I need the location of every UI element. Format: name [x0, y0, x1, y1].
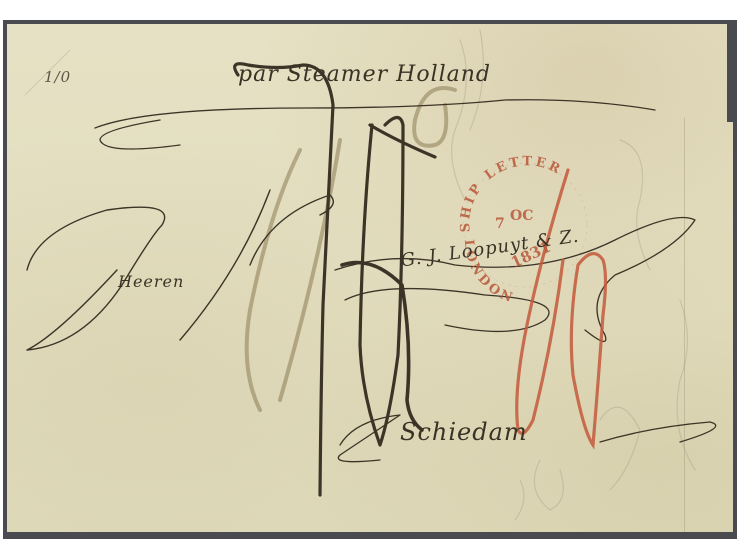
svg-text:OC: OC [510, 208, 533, 224]
addressee-prefix: Heeren [118, 272, 184, 291]
svg-text:7: 7 [495, 216, 505, 232]
routing-instruction: par Steamer Holland [238, 62, 491, 87]
heeren-flourish [27, 190, 333, 350]
rate-note: 1/0 [44, 68, 71, 86]
destination: Schiedam [400, 418, 528, 446]
